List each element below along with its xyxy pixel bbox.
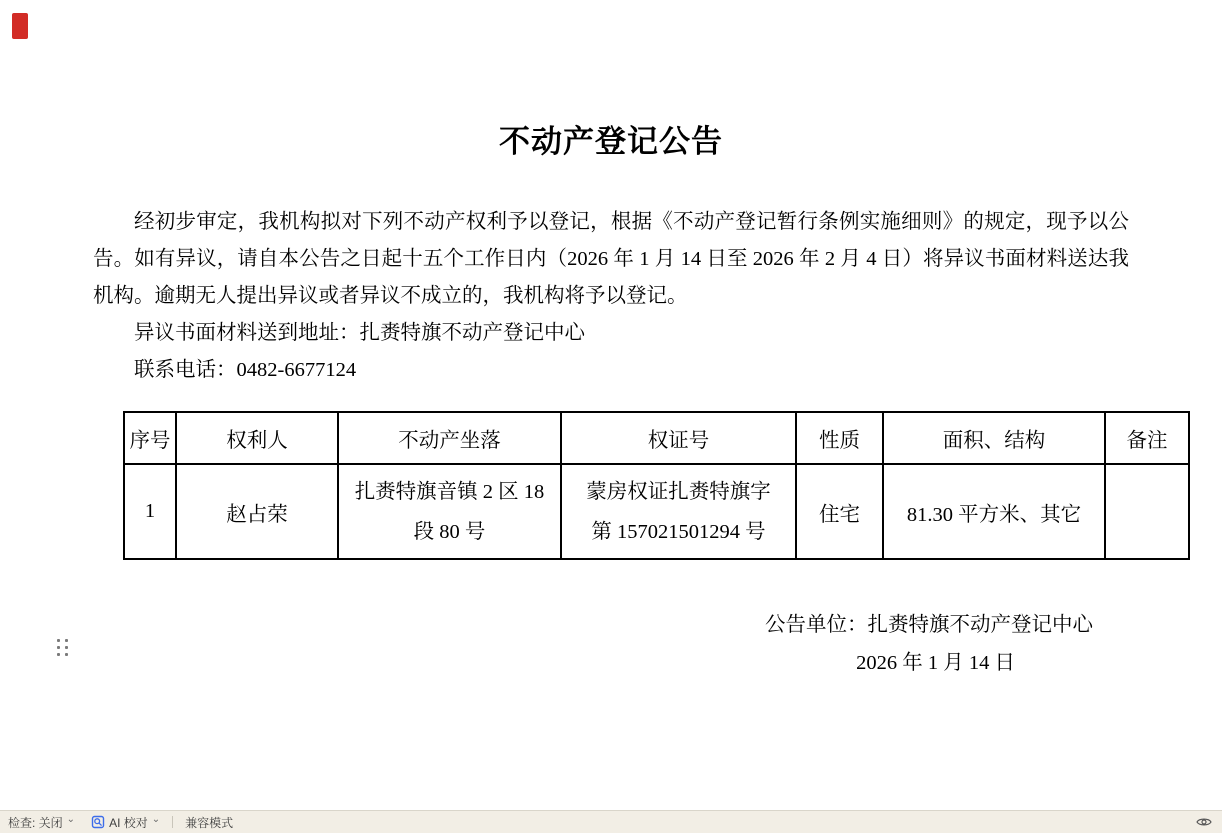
cell-remark — [1105, 464, 1189, 559]
header-location: 不动产坐落 — [338, 412, 561, 464]
ai-proofread-button[interactable]: AI 校对 ⌄ — [83, 811, 168, 833]
header-seq: 序号 — [124, 412, 176, 464]
cell-location-line1: 扎赉特旗音镇 2 区 18 — [341, 472, 558, 512]
address-line: 异议书面材料送到地址：扎赉特旗不动产登记中心 — [93, 315, 1129, 352]
announcement-paragraph: 经初步审定，我机构拟对下列不动产权利予以登记，根据《不动产登记暂行条例实施细则》… — [93, 204, 1129, 315]
cell-location: 扎赉特旗音镇 2 区 18 段 80 号 — [338, 464, 561, 559]
chevron-down-icon: ⌄ — [152, 815, 160, 825]
signoff-date-line: 2026 年 1 月 14 日 — [0, 644, 1222, 682]
header-nature: 性质 — [796, 412, 883, 464]
eye-icon[interactable] — [1186, 816, 1222, 828]
document-body: 经初步审定，我机构拟对下列不动产权利予以登记，根据《不动产登记暂行条例实施细则》… — [93, 204, 1129, 389]
status-bar: 检查: 关闭 ⌄ AI 校对 ⌄ 兼容模式 — [0, 810, 1222, 833]
ai-proofread-label: AI 校对 — [109, 814, 148, 831]
compatibility-mode-text: 兼容模式 — [185, 814, 233, 831]
signoff-unit-line: 公告单位：扎赉特旗不动产登记中心 — [0, 606, 1222, 644]
cell-location-line2: 段 80 号 — [341, 512, 558, 552]
cell-owner: 赵占荣 — [176, 464, 338, 559]
compatibility-mode-label: 兼容模式 — [177, 811, 241, 833]
registration-table: 序号 权利人 不动产坐落 权证号 性质 面积、结构 备注 1 赵占荣 扎赉特旗音… — [123, 411, 1190, 560]
ai-proofread-icon — [91, 815, 105, 829]
spellcheck-status-dropdown[interactable]: 检查: 关闭 ⌄ — [0, 811, 83, 833]
phone-line: 联系电话：0482-6677124 — [93, 352, 1129, 389]
chevron-down-icon: ⌄ — [67, 815, 75, 825]
statusbar-divider — [172, 816, 173, 828]
spellcheck-status-label: 检查: 关闭 — [8, 814, 63, 831]
cell-nature: 住宅 — [796, 464, 883, 559]
table-row: 1 赵占荣 扎赉特旗音镇 2 区 18 段 80 号 蒙房权证扎赉特旗字 第 1… — [124, 464, 1189, 559]
header-owner: 权利人 — [176, 412, 338, 464]
header-area-structure: 面积、结构 — [883, 412, 1105, 464]
document-page: 不动产登记公告 经初步审定，我机构拟对下列不动产权利予以登记，根据《不动产登记暂… — [0, 0, 1222, 682]
app-window: 不动产登记公告 经初步审定，我机构拟对下列不动产权利予以登记，根据《不动产登记暂… — [0, 0, 1222, 833]
header-remark: 备注 — [1105, 412, 1189, 464]
cell-cert-line2: 第 157021501294 号 — [564, 512, 793, 552]
cell-area-structure: 81.30 平方米、其它 — [883, 464, 1105, 559]
header-cert-no: 权证号 — [561, 412, 796, 464]
cell-cert-no: 蒙房权证扎赉特旗字 第 157021501294 号 — [561, 464, 796, 559]
cell-cert-line1: 蒙房权证扎赉特旗字 — [564, 472, 793, 512]
table-header-row: 序号 权利人 不动产坐落 权证号 性质 面积、结构 备注 — [124, 412, 1189, 464]
cell-seq: 1 — [124, 464, 176, 559]
document-title: 不动产登记公告 — [0, 0, 1222, 160]
